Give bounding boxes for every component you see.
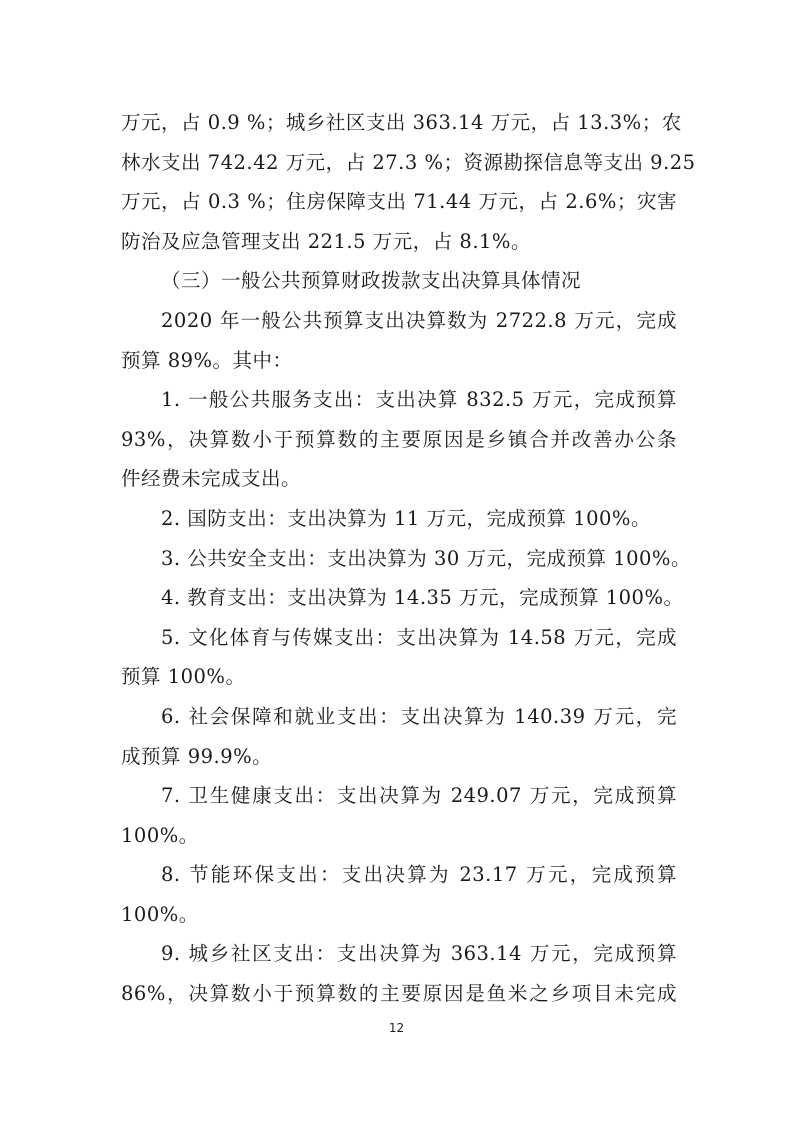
- text-line: 成预算 99.9%。: [121, 737, 677, 777]
- text-line: 4. 教育支出：支出决算为 14.35 万元，完成预算 100%。: [121, 578, 677, 618]
- item-energy-environment: 8. 节能环保支出：支出决算为 23.17 万元，完成预算 100%。: [121, 855, 677, 934]
- text-line: 万元，占 0.3 %；住房保障支出 71.44 万元，占 2.6%；灾害: [121, 182, 677, 222]
- text-line: 8. 节能环保支出：支出决算为 23.17 万元，完成预算: [121, 855, 677, 895]
- text-line: 件经费未完成支出。: [121, 459, 677, 499]
- text-line: 防治及应急管理支出 221.5 万元，占 8.1%。: [121, 222, 677, 262]
- item-urban-rural-community: 9. 城乡社区支出：支出决算为 363.14 万元，完成预算 86%，决算数小于…: [121, 934, 677, 1013]
- text-line: 6. 社会保障和就业支出：支出决算为 140.39 万元，完: [121, 697, 677, 737]
- item-health: 7. 卫生健康支出：支出决算为 249.07 万元，完成预算 100%。: [121, 776, 677, 855]
- text-line: 5. 文化体育与传媒支出：支出决算为 14.58 万元，完成: [121, 618, 677, 658]
- text-line: 100%。: [121, 895, 677, 935]
- item-national-defense: 2. 国防支出：支出决算为 11 万元，完成预算 100%。: [121, 499, 677, 539]
- document-page: 万元，占 0.9 %；城乡社区支出 363.14 万元，占 13.3%；农 林水…: [121, 103, 677, 1014]
- text-line: 万元，占 0.9 %；城乡社区支出 363.14 万元，占 13.3%；农: [121, 103, 677, 143]
- text-line: 86%，决算数小于预算数的主要原因是鱼米之乡项目未完成: [121, 974, 677, 1014]
- intro-paragraph: 2020 年一般公共预算支出决算数为 2722.8 万元，完成 预算 89%。其…: [121, 301, 677, 380]
- text-line: 100%。: [121, 816, 677, 856]
- item-public-security: 3. 公共安全支出：支出决算为 30 万元，完成预算 100%。: [121, 539, 677, 579]
- item-social-security-employment: 6. 社会保障和就业支出：支出决算为 140.39 万元，完 成预算 99.9%…: [121, 697, 677, 776]
- text-line: 预算 89%。其中：: [121, 341, 677, 381]
- text-line: 93%，决算数小于预算数的主要原因是乡镇合并改善办公条: [121, 420, 677, 460]
- text-line: 7. 卫生健康支出：支出决算为 249.07 万元，完成预算: [121, 776, 677, 816]
- text-line: 2020 年一般公共预算支出决算数为 2722.8 万元，完成: [121, 301, 677, 341]
- section-heading: （三）一般公共预算财政拨款支出决算具体情况: [121, 261, 677, 301]
- text-line: 林水支出 742.42 万元，占 27.3 %；资源勘探信息等支出 9.25: [121, 143, 677, 183]
- text-line: 3. 公共安全支出：支出决算为 30 万元，完成预算 100%。: [121, 539, 677, 579]
- item-education: 4. 教育支出：支出决算为 14.35 万元，完成预算 100%。: [121, 578, 677, 618]
- text-line: 1. 一般公共服务支出：支出决算 832.5 万元，完成预算: [121, 380, 677, 420]
- text-line: 预算 100%。: [121, 657, 677, 697]
- text-line: 2. 国防支出：支出决算为 11 万元，完成预算 100%。: [121, 499, 677, 539]
- continued-paragraph: 万元，占 0.9 %；城乡社区支出 363.14 万元，占 13.3%；农 林水…: [121, 103, 677, 261]
- page-number: 12: [0, 1021, 793, 1035]
- item-culture-sports-media: 5. 文化体育与传媒支出：支出决算为 14.58 万元，完成 预算 100%。: [121, 618, 677, 697]
- item-general-public-services: 1. 一般公共服务支出：支出决算 832.5 万元，完成预算 93%，决算数小于…: [121, 380, 677, 499]
- text-line: 9. 城乡社区支出：支出决算为 363.14 万元，完成预算: [121, 934, 677, 974]
